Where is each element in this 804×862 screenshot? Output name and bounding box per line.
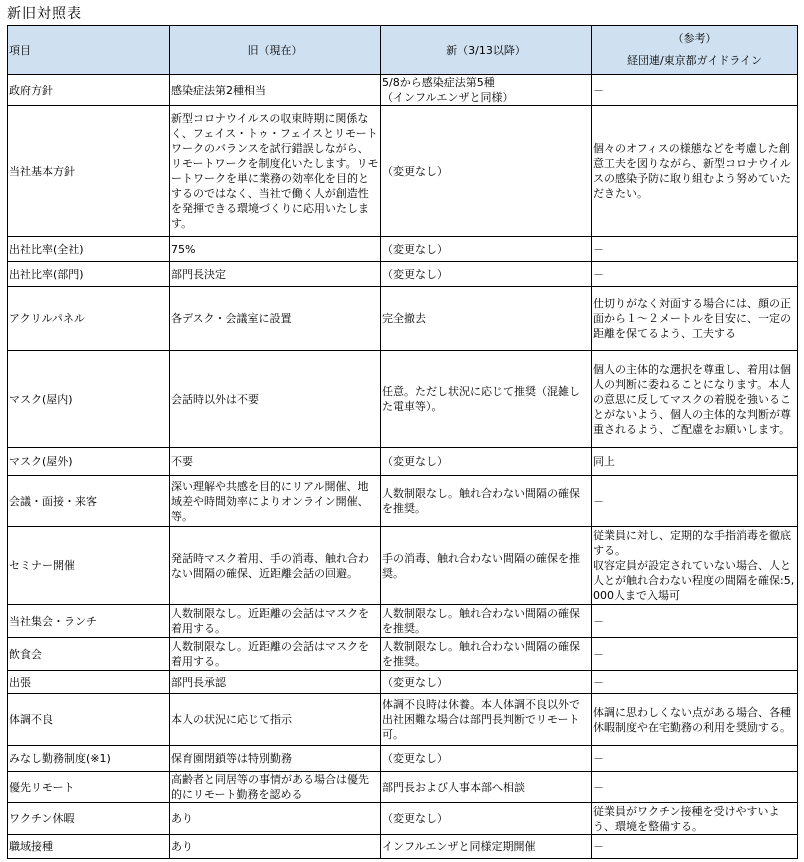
- row-old-cell: 発話時マスク着用、手の消毒、触れ合わない間隔の確保、近距離会話の回避。: [170, 527, 381, 605]
- document-title: 新旧対照表: [7, 3, 82, 23]
- row-new-cell: 人数制限なし。触れ合わない間隔の確保を推奨。: [381, 476, 592, 527]
- row-old-cell: 各デスク・会議室に設置: [170, 287, 381, 351]
- row-item-cell: みなし勤務制度(※1): [8, 746, 170, 772]
- header-reference-line2: 経団連/東京都ガイドライン: [593, 50, 796, 72]
- row-old-cell: 新型コロナウイルスの収束時期に関係なく、フェイス・トゥ・フェイスとリモートワーク…: [170, 106, 381, 237]
- row-old-cell: 感染症法第2種相当: [170, 75, 381, 106]
- row-reference-cell: 体調に思わしくない点がある場合、各種休暇制度や在宅勤務の利用を奨励する。: [592, 694, 798, 746]
- row-old-cell: 部門長決定: [170, 262, 381, 287]
- table-row: ワクチン休暇あり（変更なし）従業員がワクチン接種を受けやすいよう、環境を整備する…: [8, 803, 798, 835]
- table-row: マスク(屋内)会話時以外は不要任意。ただし状況に応じて推奨（混雑した電車等）。個…: [8, 351, 798, 448]
- row-new-cell: （変更なし）: [381, 106, 592, 237]
- row-item-cell: 優先リモート: [8, 772, 170, 803]
- row-old-cell: 保育園閉鎖等は特別勤務: [170, 746, 381, 772]
- row-new-cell: （変更なし）: [381, 448, 592, 476]
- row-old-cell: あり: [170, 835, 381, 859]
- table-body: 政府方針感染症法第2種相当5/8から感染症法第5種 （インフルエンザと同様）－当…: [8, 75, 798, 859]
- row-old-cell: 人数制限なし。近距離の会話はマスクを着用する。: [170, 605, 381, 638]
- row-new-cell: （変更なし）: [381, 803, 592, 835]
- row-item-cell: ワクチン休暇: [8, 803, 170, 835]
- row-new-cell: 体調不良時は休養。本人体調不良以外で出社困難な場合は部門長判断でリモート可。: [381, 694, 592, 746]
- row-old-cell: 75%: [170, 237, 381, 262]
- table-row: 当社基本方針新型コロナウイルスの収束時期に関係なく、フェイス・トゥ・フェイスとリ…: [8, 106, 798, 237]
- row-item-cell: 出張: [8, 671, 170, 694]
- table-row: 出張部門長承認（変更なし）－: [8, 671, 798, 694]
- row-new-cell: （変更なし）: [381, 237, 592, 262]
- row-old-cell: 人数制限なし。近距離の会話はマスクを着用する。: [170, 638, 381, 671]
- row-item-cell: 体調不良: [8, 694, 170, 746]
- row-new-cell: 5/8から感染症法第5種 （インフルエンザと同様）: [381, 75, 592, 106]
- row-new-cell: 人数制限なし。触れ合わない間隔の確保を推奨。: [381, 638, 592, 671]
- row-reference-cell: 個人の主体的な選択を尊重し、着用は個人の判断に委ねることになります。本人の意思に…: [592, 351, 798, 448]
- row-new-cell: （変更なし）: [381, 746, 592, 772]
- row-item-cell: マスク(屋内): [8, 351, 170, 448]
- table-row: 職域接種ありインフルエンザと同様定期開催－: [8, 835, 798, 859]
- row-reference-cell: －: [592, 671, 798, 694]
- row-item-cell: セミナー開催: [8, 527, 170, 605]
- row-reference-cell: 従業員に対し、定期的な手指消毒を徹底する。 収容定員が設定されていない場合、人と…: [592, 527, 798, 605]
- table-row: アクリルパネル各デスク・会議室に設置完全撤去仕切りがなく対面する場合には、顔の正…: [8, 287, 798, 351]
- row-reference-cell: 従業員がワクチン接種を受けやすいよう、環境を整備する。: [592, 803, 798, 835]
- row-item-cell: アクリルパネル: [8, 287, 170, 351]
- row-old-cell: 深い理解や共感を目的にリアル開催、地域差や時間効率によりオンライン開催、等。: [170, 476, 381, 527]
- row-reference-cell: 同上: [592, 448, 798, 476]
- row-reference-cell: －: [592, 262, 798, 287]
- header-reference-line1: （参考）: [593, 28, 796, 50]
- row-reference-cell: －: [592, 605, 798, 638]
- row-old-cell: 会話時以外は不要: [170, 351, 381, 448]
- row-new-cell: 人数制限なし。触れ合わない間隔の確保を推奨。: [381, 605, 592, 638]
- table-row: 出社比率(全社)75%（変更なし）－: [8, 237, 798, 262]
- row-reference-cell: 個々のオフィスの様態などを考慮した創意工夫を図りながら、新型コロナウイルスの感染…: [592, 106, 798, 237]
- row-item-cell: 飲食会: [8, 638, 170, 671]
- row-item-cell: 当社集会・ランチ: [8, 605, 170, 638]
- row-reference-cell: －: [592, 772, 798, 803]
- row-item-cell: 政府方針: [8, 75, 170, 106]
- table-row: マスク(屋外)不要（変更なし）同上: [8, 448, 798, 476]
- row-new-cell: （変更なし）: [381, 262, 592, 287]
- row-reference-cell: －: [592, 476, 798, 527]
- row-item-cell: マスク(屋外): [8, 448, 170, 476]
- row-reference-cell: －: [592, 237, 798, 262]
- comparison-table: 項目 旧（現在） 新（3/13以降） （参考） 経団連/東京都ガイドライン 政府…: [7, 25, 798, 859]
- table-row: 会議・面接・来客深い理解や共感を目的にリアル開催、地域差や時間効率によりオンライ…: [8, 476, 798, 527]
- row-old-cell: 本人の状況に応じて指示: [170, 694, 381, 746]
- row-new-cell: 完全撤去: [381, 287, 592, 351]
- table-row: 優先リモート高齢者と同居等の事情がある場合は優先的にリモート勤務を認める部門長お…: [8, 772, 798, 803]
- table-row: 出社比率(部門)部門長決定（変更なし）－: [8, 262, 798, 287]
- header-reference: （参考） 経団連/東京都ガイドライン: [592, 26, 798, 75]
- row-reference-cell: －: [592, 75, 798, 106]
- row-reference-cell: －: [592, 746, 798, 772]
- row-item-cell: 会議・面接・来客: [8, 476, 170, 527]
- row-item-cell: 当社基本方針: [8, 106, 170, 237]
- row-new-cell: 手の消毒、触れ合わない間隔の確保を推奨。: [381, 527, 592, 605]
- row-new-cell: 任意。ただし状況に応じて推奨（混雑した電車等）。: [381, 351, 592, 448]
- row-new-cell: 部門長および人事本部へ相談: [381, 772, 592, 803]
- header-item: 項目: [8, 26, 170, 75]
- header-new: 新（3/13以降）: [381, 26, 592, 75]
- row-old-cell: あり: [170, 803, 381, 835]
- row-old-cell: 高齢者と同居等の事情がある場合は優先的にリモート勤務を認める: [170, 772, 381, 803]
- row-reference-cell: －: [592, 835, 798, 859]
- header-row: 項目 旧（現在） 新（3/13以降） （参考） 経団連/東京都ガイドライン: [8, 26, 798, 75]
- table-row: 当社集会・ランチ人数制限なし。近距離の会話はマスクを着用する。人数制限なし。触れ…: [8, 605, 798, 638]
- table-row: 政府方針感染症法第2種相当5/8から感染症法第5種 （インフルエンザと同様）－: [8, 75, 798, 106]
- table-row: 飲食会人数制限なし。近距離の会話はマスクを着用する。人数制限なし。触れ合わない間…: [8, 638, 798, 671]
- row-new-cell: （変更なし）: [381, 671, 592, 694]
- header-old: 旧（現在）: [170, 26, 381, 75]
- table-row: みなし勤務制度(※1)保育園閉鎖等は特別勤務（変更なし）－: [8, 746, 798, 772]
- row-item-cell: 出社比率(全社): [8, 237, 170, 262]
- row-new-cell: インフルエンザと同様定期開催: [381, 835, 592, 859]
- table-row: 体調不良本人の状況に応じて指示体調不良時は休養。本人体調不良以外で出社困難な場合…: [8, 694, 798, 746]
- row-old-cell: 不要: [170, 448, 381, 476]
- row-reference-cell: 仕切りがなく対面する場合には、顔の正面から１～２メートルを目安に、一定の距離を保…: [592, 287, 798, 351]
- row-item-cell: 職域接種: [8, 835, 170, 859]
- row-item-cell: 出社比率(部門): [8, 262, 170, 287]
- row-reference-cell: －: [592, 638, 798, 671]
- table-row: セミナー開催発話時マスク着用、手の消毒、触れ合わない間隔の確保、近距離会話の回避…: [8, 527, 798, 605]
- row-old-cell: 部門長承認: [170, 671, 381, 694]
